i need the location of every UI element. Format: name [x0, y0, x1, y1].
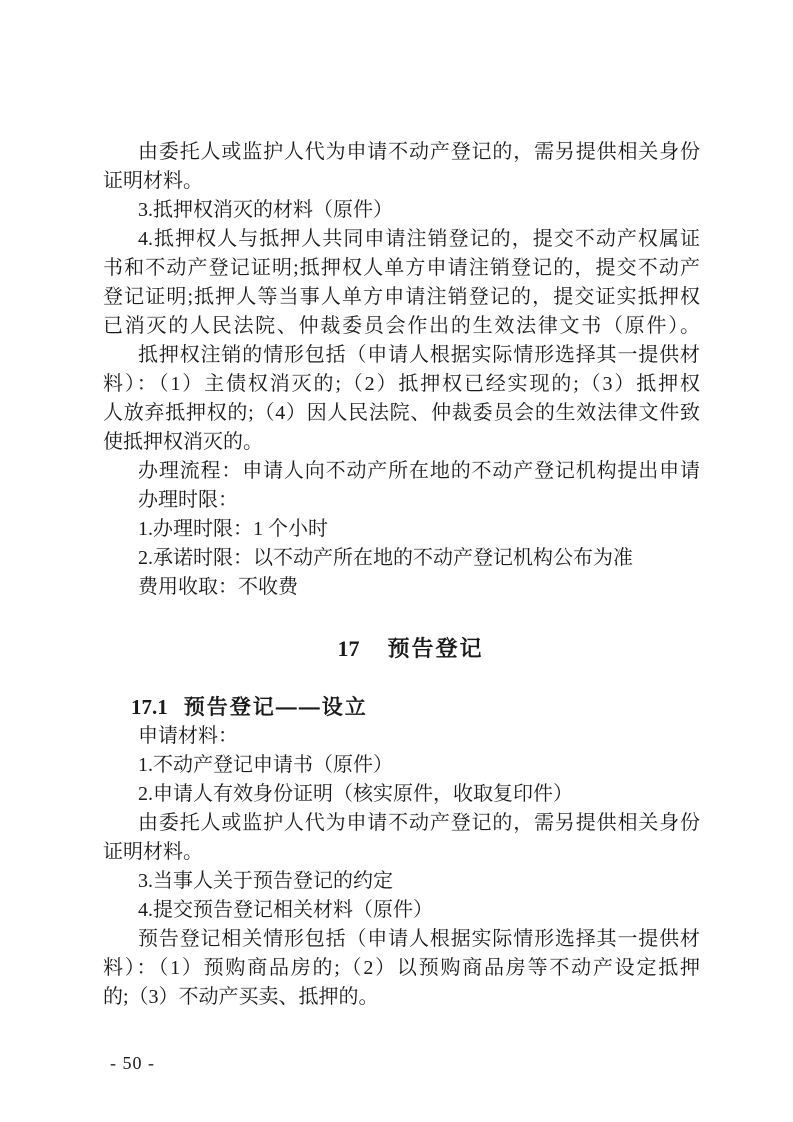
text-line: 证明材料。 [103, 838, 700, 867]
text-line: 的;（3）不动产买卖、抵押的。 [103, 983, 700, 1012]
text-line: 抵押权注销的情形包括（申请人根据实际情形选择其一提供材 [103, 341, 700, 370]
text-line: 已消灭的人民法院、仲裁委员会作出的生效法律文书（原件）。 [103, 312, 700, 341]
text-line: 登记证明;抵押人等当事人单方申请注销登记的，提交证实抵押权 [103, 283, 700, 312]
text-line: 预告登记相关情形包括（申请人根据实际情形选择其一提供材 [103, 925, 700, 954]
section-number: 17.1 [131, 695, 168, 719]
text-line: 申请材料： [103, 722, 700, 751]
chapter-number: 17 [337, 636, 359, 661]
section-heading: 17.1预告登记——设立 [103, 693, 700, 722]
body-text-block-top: 由委托人或监护人代为申请不动产登记的，需另提供相关身份证明材料。3.抵押权消灭的… [103, 138, 700, 602]
text-line: 料）：（1）预购商品房的;（2）以预购商品房等不动产设定抵押 [103, 954, 700, 983]
text-line: 人放弃抵押权的;（4）因人民法院、仲裁委员会的生效法律文件致 [103, 399, 700, 428]
text-line: 书和不动产登记证明;抵押权人单方申请注销登记的，提交不动产 [103, 254, 700, 283]
text-line: 4.抵押权人与抵押人共同申请注销登记的，提交不动产权属证 [103, 225, 700, 254]
text-line: 3.当事人关于预告登记的约定 [103, 867, 700, 896]
page-content: 由委托人或监护人代为申请不动产登记的，需另提供相关身份证明材料。3.抵押权消灭的… [103, 138, 700, 1012]
text-line: 办理时限： [103, 486, 700, 515]
text-line: 2.申请人有效身份证明（核实原件，收取复印件） [103, 780, 700, 809]
text-line: 1.办理时限：1 个小时 [103, 515, 700, 544]
section-title: 预告登记——设立 [184, 696, 368, 719]
page-number: - 50 - [110, 1053, 155, 1074]
document-page: 由委托人或监护人代为申请不动产登记的，需另提供相关身份证明材料。3.抵押权消灭的… [0, 0, 793, 1122]
chapter-heading: 17预告登记 [103, 634, 700, 663]
body-text-block-bottom: 申请材料：1.不动产登记申请书（原件）2.申请人有效身份证明（核实原件，收取复印… [103, 722, 700, 1012]
text-line: 2.承诺时限：以不动产所在地的不动产登记机构公布为准 [103, 544, 700, 573]
text-line: 办理流程：申请人向不动产所在地的不动产登记机构提出申请 [103, 457, 700, 486]
chapter-title: 预告登记 [387, 636, 483, 661]
text-line: 使抵押权消灭的。 [103, 428, 700, 457]
text-line: 由委托人或监护人代为申请不动产登记的，需另提供相关身份 [103, 809, 700, 838]
text-line: 1.不动产登记申请书（原件） [103, 751, 700, 780]
text-line: 4.提交预告登记相关材料（原件） [103, 896, 700, 925]
text-line: 3.抵押权消灭的材料（原件） [103, 196, 700, 225]
text-line: 由委托人或监护人代为申请不动产登记的，需另提供相关身份 [103, 138, 700, 167]
text-line: 证明材料。 [103, 167, 700, 196]
text-line: 费用收取：不收费 [103, 573, 700, 602]
text-line: 料）：（1）主债权消灭的;（2）抵押权已经实现的;（3）抵押权 [103, 370, 700, 399]
